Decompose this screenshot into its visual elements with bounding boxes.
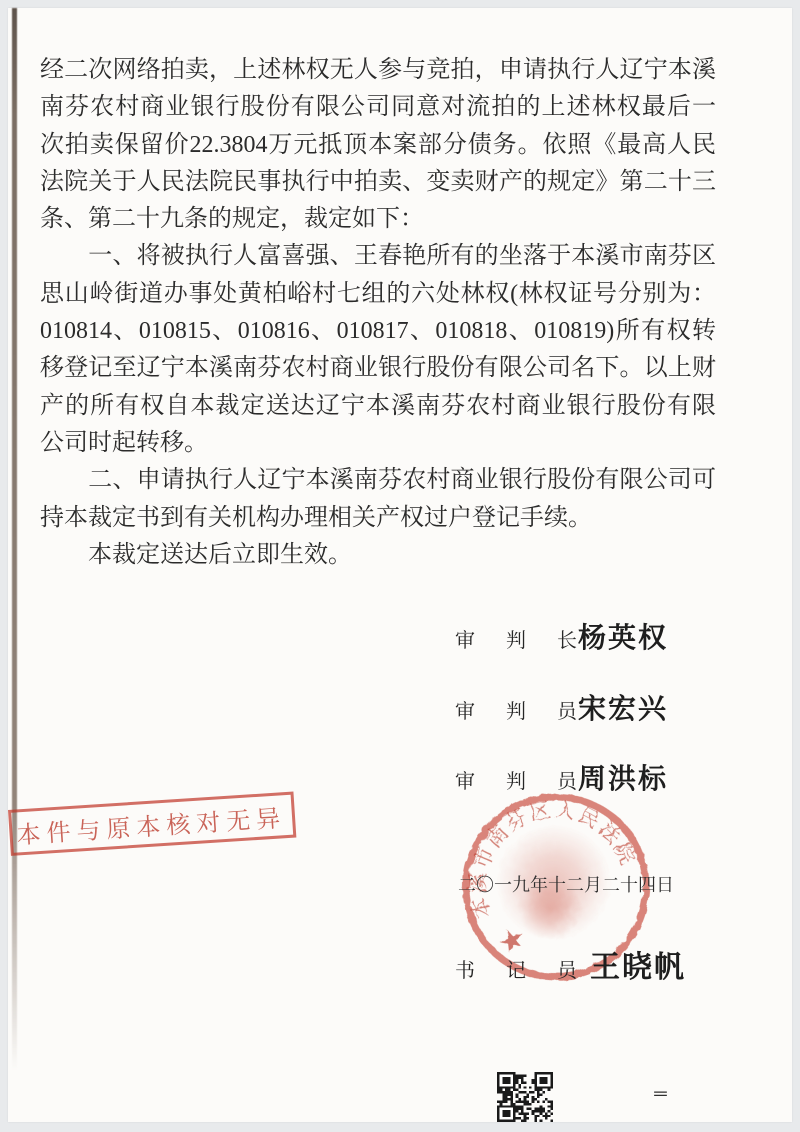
judge-name: 周洪标 <box>578 764 668 795</box>
body-text-line: 经二次网络拍卖，上述林权无人参与竞拍，申请执行人辽宁本溪 <box>40 52 716 89</box>
body-text-line: 产的所有权自本裁定送达辽宁本溪南芬农村商业银行股份有限 <box>40 388 716 425</box>
judge-name: 宋宏兴 <box>578 694 668 725</box>
clerk-role-label: 书记员 <box>455 960 608 982</box>
scanned-document: 本溪市南芬区人民法院 ★ 本件与原本核对无异 经二次网络拍卖，上述林权无人参与竞… <box>0 0 800 1132</box>
body-text-line: 南芬农村商业银行股份有限公司同意对流拍的上述林权最后一 <box>40 89 716 126</box>
body-text-line: 本裁定送达后立即生效。 <box>40 537 716 574</box>
body-text-line: 法院关于人民法院民事执行中拍卖、变卖财产的规定》第二十三 <box>40 164 716 201</box>
body-text-line: 010814、010815、010816、010817、010818、01081… <box>40 313 716 350</box>
judge-name: 杨英权 <box>578 623 668 654</box>
body-text-line: 公司时起转移。 <box>40 425 716 462</box>
page-edge-shadow <box>12 8 17 1070</box>
body-text-line: 思山岭街道办事处黄柏峪村七组的六处林权(林权证号分别为： <box>40 276 716 313</box>
document-body: 经二次网络拍卖，上述林权无人参与竞拍，申请执行人辽宁本溪南芬农村商业银行股份有限… <box>40 52 716 574</box>
signature-row-clerk: 书记员王晓帆 <box>455 942 686 986</box>
body-text-line: 持本裁定书到有关机构办理相关产权过户登记手续。 <box>40 500 716 537</box>
body-text-line: 二、申请执行人辽宁本溪南芬农村商业银行股份有限公司可 <box>40 462 716 499</box>
body-text-line: 一、将被执行人富喜强、王春艳所有的坐落于本溪市南芬区 <box>40 238 716 275</box>
ruling-date: 二〇一九年十二月二十四日 <box>458 874 674 896</box>
body-text-line: 次拍卖保留价22.3804万元抵顶本案部分债务。依照《最高人民 <box>40 127 716 164</box>
clerk-name: 王晓帆 <box>590 951 686 984</box>
signature-row-judge-2: 审判员宋宏兴 <box>455 687 668 727</box>
binding-mark: ＝ <box>652 1083 669 1104</box>
body-text-line: 移登记至辽宁本溪南芬农村商业银行股份有限公司名下。以上财 <box>40 350 716 387</box>
signature-row-presiding-judge: 审判长杨英权 <box>455 616 668 656</box>
body-text-line: 条、第二十九条的规定，裁定如下： <box>40 201 716 238</box>
signature-row-judge-3: 审判员周洪标 <box>455 757 668 797</box>
qr-code <box>497 1072 553 1122</box>
